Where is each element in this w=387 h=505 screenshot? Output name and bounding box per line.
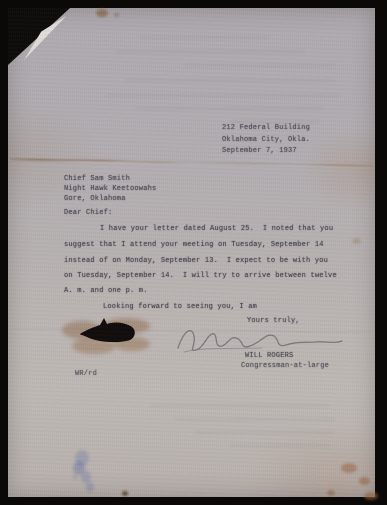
ghost-text-streak xyxy=(115,50,305,53)
stain xyxy=(114,13,119,17)
ghost-text-streak xyxy=(185,64,335,67)
ghost-text-streak xyxy=(195,431,335,434)
signature-title: Congressman-at-large xyxy=(241,361,329,371)
recipient-name: Chief Sam Smith xyxy=(64,175,130,183)
body-line: instead of on Monday, September 13. I ex… xyxy=(64,256,328,266)
salutation: Dear Chief: xyxy=(64,208,112,218)
stain xyxy=(96,9,108,17)
paper-hole xyxy=(56,308,160,360)
typed-signature-name: WILL ROGERS xyxy=(245,351,293,361)
ghost-text-streak xyxy=(105,94,340,97)
ghost-text-streak xyxy=(135,107,325,110)
scanned-letter-page: { "letter": { "letterhead": { "address_l… xyxy=(0,0,387,505)
recipient-block: Chief Sam Smith Night Hawk Keetoowahs Go… xyxy=(64,174,156,204)
ghost-text-streak xyxy=(125,79,335,82)
letterhead-address-line2: Oklahoma City, Okla. xyxy=(222,136,310,144)
letterhead-date: September 7, 1937 xyxy=(222,147,297,155)
stain xyxy=(359,477,370,485)
ink-smudge xyxy=(66,444,106,498)
letterhead-address-line1: 212 Federal Building xyxy=(222,124,310,132)
body-line: suggest that I attend your meeting on Tu… xyxy=(64,240,324,250)
recipient-organization: Night Hawk Keetoowahs xyxy=(64,185,156,193)
letterhead-block: 212 Federal Building Oklahoma City, Okla… xyxy=(222,123,310,158)
body-line: on Tuesday, September 14. I will try to … xyxy=(64,271,337,281)
ghost-text-streak xyxy=(140,36,270,39)
stain xyxy=(341,463,357,473)
stain xyxy=(352,238,361,244)
stain xyxy=(327,490,335,496)
recipient-city: Gore, Oklahoma xyxy=(64,195,126,203)
ghost-text-streak xyxy=(175,418,335,421)
body-line: I have your letter dated August 25. I no… xyxy=(100,224,333,234)
ghost-text-streak xyxy=(150,404,330,407)
stain xyxy=(364,492,378,500)
typist-initials: WR/rd xyxy=(75,369,97,379)
stain xyxy=(122,491,128,496)
ghost-text-streak xyxy=(230,444,330,447)
body-line: A. m. and one p. m. xyxy=(64,286,148,296)
